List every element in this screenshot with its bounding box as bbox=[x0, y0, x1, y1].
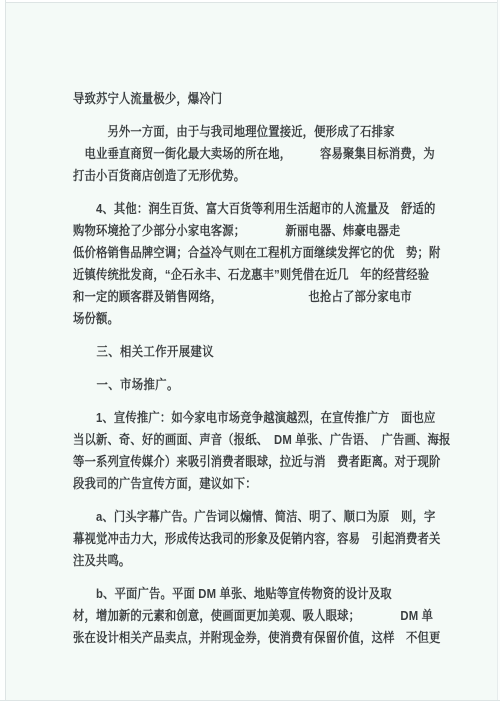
paragraph-print-ad: b、平面广告。平面 DM 单张、地贴等宣传物资的设计及取 材，增加新的元素和创意… bbox=[73, 583, 500, 649]
paragraph-publicity-promotion: 1、宣传推广：如今家电市场竞争越演越烈，在宣传推广方 面也应 当以新、奇、好的画… bbox=[73, 407, 500, 495]
text-line: 近镇传统批发商，“企石永丰、石龙惠丰”则凭借在近几 年的经营经验 bbox=[73, 264, 500, 286]
text-line: b、平面广告。平面 DM 单张、地贴等宣传物资的设计及取 bbox=[73, 583, 500, 605]
page-bottom-border bbox=[0, 700, 500, 708]
text-line: 另外一方面，由于与我司地理位置接近，便形成了石排家 bbox=[73, 121, 500, 143]
paragraph-other-competitors: 4、其他：润生百货、富大百货等利用生活超市的人流量及 舒适的 购物环境抢了少部分… bbox=[73, 198, 500, 330]
text-line: a、门头字幕广告。广告词以煽情、简洁、明了、顺口为原 则，字 bbox=[73, 506, 500, 528]
text-line: 材，增加新的元素和创意，使画面更加美观、吸人眼球； DM 单 bbox=[73, 605, 500, 627]
text-line: 幕视觉冲击力大，形成传达我司的形象及促销内容，容易 引起消费者关 bbox=[73, 528, 500, 550]
paragraph-carryover: 导致苏宁人流量极少，爆冷门 bbox=[73, 88, 500, 110]
page-top-border bbox=[0, 0, 500, 3]
text-line: 张在设计相关产品卖点，并附现金券，使消费有保留价值，这样 不但更 bbox=[73, 627, 500, 649]
text-line: 导致苏宁人流量极少，爆冷门 bbox=[73, 88, 500, 110]
text-line: 1、宣传推广：如今家电市场竞争越演越烈，在宣传推广方 面也应 bbox=[73, 407, 500, 429]
text-line: 当以新、奇、好的画面、声音（报纸、 DM 单张、广告语、 广告画、海报 bbox=[73, 429, 500, 451]
document-page: 导致苏宁人流量极少，爆冷门 另外一方面，由于与我司地理位置接近，便形成了石排家 … bbox=[0, 0, 500, 708]
text-line: 购物环境抢了少部分小家电客源； 新丽电器、炜豪电器走 bbox=[73, 220, 500, 242]
page-left-border bbox=[0, 0, 6, 708]
text-line: 等一系列宣传媒介）来吸引消费者眼球，拉近与消 费者距离。对于现阶 bbox=[73, 451, 500, 473]
heading-line: 一、市场推广。 bbox=[73, 374, 500, 396]
paragraph-location-advantage: 另外一方面，由于与我司地理位置接近，便形成了石排家 电业垂直商贸一街化最大卖场的… bbox=[73, 121, 500, 187]
text-line: 电业垂直商贸一街化最大卖场的所在地， 容易聚集目标消费，为 bbox=[73, 143, 500, 165]
text-line: 4、其他：润生百货、富大百货等利用生活超市的人流量及 舒适的 bbox=[73, 198, 500, 220]
text-line: 打击小百货商店创造了无形优势。 bbox=[73, 165, 500, 187]
text-line: 场份额。 bbox=[73, 308, 500, 330]
text-line: 和一定的顾客群及销售网络， 也抢占了部分家电市 bbox=[73, 286, 500, 308]
text-line: 低价格销售品牌空调；合益冷气则在工程机方面继续发挥它的优 势；附 bbox=[73, 242, 500, 264]
paragraph-storefront-subtitle-ad: a、门头字幕广告。广告词以煽情、简洁、明了、顺口为原 则，字 幕视觉冲击力大，形… bbox=[73, 506, 500, 572]
text-line: 注及共鸣。 bbox=[73, 550, 500, 572]
document-body: 导致苏宁人流量极少，爆冷门 另外一方面，由于与我司地理位置接近，便形成了石排家 … bbox=[73, 88, 500, 660]
section-heading-work-suggestions: 三、相关工作开展建议 bbox=[73, 341, 500, 363]
text-line: 段我司的广告宣传方面，建议如下： bbox=[73, 473, 500, 495]
heading-line: 三、相关工作开展建议 bbox=[73, 341, 500, 363]
section-heading-market-promotion: 一、市场推广。 bbox=[73, 374, 500, 396]
